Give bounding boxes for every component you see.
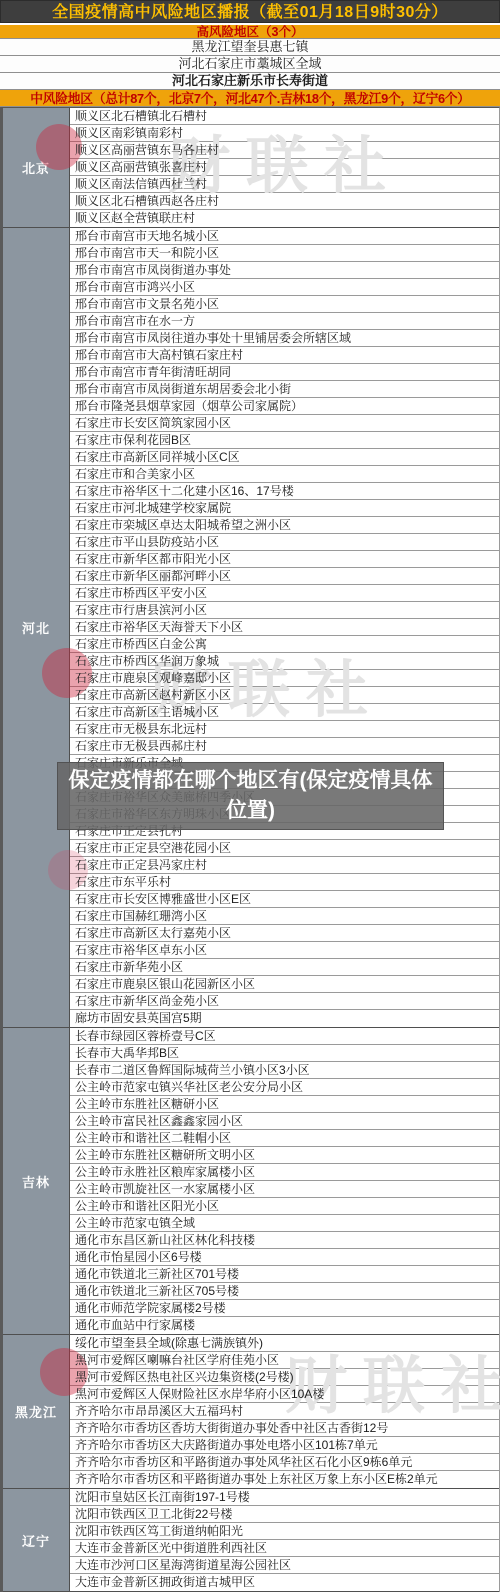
area-name: 石家庄市新华区都市阳光小区 bbox=[75, 552, 231, 566]
overlay-headline: 保定疫情都在哪个地区有(保定疫情具体位置) bbox=[57, 762, 444, 830]
area-row: 邢台市南宫市青年街清旺胡同 bbox=[70, 364, 499, 381]
area-row: 顺义区高丽营镇东马各庄村 bbox=[70, 142, 499, 159]
area-row: 石家庄市裕华区十二化建小区16、17号楼 bbox=[70, 483, 499, 500]
area-row: 石家庄市新华区都市阳光小区 bbox=[70, 551, 499, 568]
area-row: 邢台市南宫市文景名苑小区 bbox=[70, 296, 499, 313]
area-row: 石家庄市鹿泉区银山花园新区小区 bbox=[70, 976, 499, 993]
area-name: 顺义区高丽营镇东马各庄村 bbox=[75, 143, 219, 157]
area-row: 石家庄市长安区博雅盛世小区E区 bbox=[70, 891, 499, 908]
area-row: 大连市金普新区光中街道胜利西社区 bbox=[70, 1540, 499, 1557]
area-row: 通化市铁道北三新社区705号楼 bbox=[70, 1283, 499, 1300]
area-row: 通化市东昌区新山社区林化科技楼 bbox=[70, 1232, 499, 1249]
area-row: 齐齐哈尔市昂昂溪区大五福玛村 bbox=[70, 1403, 499, 1420]
area-row: 公主岭市富民社区鑫鑫家园小区 bbox=[70, 1113, 499, 1130]
province-label: 黑龙江 bbox=[3, 1335, 70, 1488]
province-section: 河北 邢台市南宫市天地名城小区邢台市南宫市天一和院小区邢台市南宫市凤岗街道办事处… bbox=[3, 228, 499, 1028]
mid-risk-header: 中风险地区（总计87个，北京7个，河北47个.吉林18个，黑龙江9个，辽宁6个） bbox=[0, 90, 500, 107]
province-section: 吉林 长春市绿园区蓉桥壹号C区长春市大禹华邦B区长春市二道区鲁辉国际城荷兰小镇小… bbox=[3, 1028, 499, 1335]
area-name: 石家庄市长安区简筑家园小区 bbox=[75, 416, 231, 430]
area-row: 邢台市南宫市凤岗街道东胡居委会北小街 bbox=[70, 381, 499, 398]
province-label: 河北 bbox=[3, 228, 70, 1027]
area-row: 大连市沙河口区星海湾街道星海公园社区 bbox=[70, 1557, 499, 1574]
area-name: 邢台市南宫市凤岗街道东胡居委会北小街 bbox=[75, 382, 291, 396]
area-row: 顺义区南法信镇西杜兰村 bbox=[70, 176, 499, 193]
area-name: 沈阳市铁西区卫工北街22号楼 bbox=[75, 1507, 232, 1521]
area-row: 石家庄市鹿泉区观峰嘉邸小区 bbox=[70, 670, 499, 687]
area-name: 石家庄市鹿泉区观峰嘉邸小区 bbox=[75, 671, 231, 685]
area-name: 沈阳市皇姑区长江南街197-1号楼 bbox=[75, 1490, 250, 1504]
area-row: 通化市师范学院家属楼2号楼 bbox=[70, 1300, 499, 1317]
area-name: 廊坊市固安县英国宫5期 bbox=[75, 1011, 202, 1025]
area-row: 石家庄市无极县东北远村 bbox=[70, 721, 499, 738]
area-name: 石家庄市无极县西郝庄村 bbox=[75, 739, 207, 753]
area-row: 廊坊市固安县英国宫5期 bbox=[70, 1010, 499, 1027]
area-name: 齐齐哈尔市香坊区香坊大街街道办事处香中社区古香街12号 bbox=[75, 1421, 388, 1435]
area-name: 石家庄市国赫红珊湾小区 bbox=[75, 909, 207, 923]
area-name: 通化市铁道北三新社区701号楼 bbox=[75, 1267, 239, 1281]
area-name: 大连市沙河口区星海湾街道星海公园社区 bbox=[75, 1558, 291, 1572]
area-row: 黑河市爱辉区热电社区兴边集资楼(2号楼) bbox=[70, 1369, 499, 1386]
area-name: 邢台市南宫市凤岗往道办事处十里铺居委会所辖区域 bbox=[75, 331, 351, 345]
area-name: 公主岭市凯旋社区一水家属楼小区 bbox=[75, 1182, 255, 1196]
area-row: 石家庄市长安区简筑家园小区 bbox=[70, 415, 499, 432]
high-risk-header: 高风险地区（3个） bbox=[0, 25, 500, 39]
area-name: 石家庄市行唐县滨河小区 bbox=[75, 603, 207, 617]
area-row: 石家庄市高新区赵村新区小区 bbox=[70, 687, 499, 704]
area-row: 沈阳市铁西区笃工街道纳帕阳光 bbox=[70, 1523, 499, 1540]
area-name: 邢台市南宫市大高村镇石家庄村 bbox=[75, 348, 243, 362]
area-name: 石家庄市平山县防疫站小区 bbox=[75, 535, 219, 549]
page-title: 全国疫情高中风险地区播报（截至01月18日9时30分） bbox=[0, 0, 500, 23]
area-row: 石家庄市正定县冯家庄村 bbox=[70, 857, 499, 874]
area-name: 公主岭市范家屯镇兴华社区老公安分局小区 bbox=[75, 1080, 303, 1094]
province-section: 北京 顺义区北石槽镇北石槽村顺义区南彩镇南彩村顺义区高丽营镇东马各庄村顺义区高丽… bbox=[3, 108, 499, 228]
area-row: 石家庄市栾城区卓达太阳城希望之洲小区 bbox=[70, 517, 499, 534]
area-name: 石家庄市长安区博雅盛世小区E区 bbox=[75, 892, 251, 906]
area-name: 顺义区北石槽镇北石槽村 bbox=[75, 109, 207, 123]
province-section: 黑龙江 绥化市望奎县全域(除惠七满族镇外)黑河市爱辉区喇嘛台社区学府佳苑小区黑河… bbox=[3, 1335, 499, 1489]
area-row: 邢台市南宫市凤岗街道办事处 bbox=[70, 262, 499, 279]
area-row: 长春市绿园区蓉桥壹号C区 bbox=[70, 1028, 499, 1045]
area-row: 石家庄市和合美家小区 bbox=[70, 466, 499, 483]
area-row: 公主岭市永胜社区粮库家属楼小区 bbox=[70, 1164, 499, 1181]
area-name: 公主岭市永胜社区粮库家属楼小区 bbox=[75, 1165, 255, 1179]
area-row: 邢台市南宫市凤岗往道办事处十里铺居委会所辖区域 bbox=[70, 330, 499, 347]
area-name: 顺义区北石槽镇西赵各庄村 bbox=[75, 194, 219, 208]
area-name: 黑河市爱辉区喇嘛台社区学府佳苑小区 bbox=[75, 1353, 279, 1367]
area-name: 石家庄市新华区丽都河畔小区 bbox=[75, 569, 231, 583]
area-row: 石家庄市东平乐村 bbox=[70, 874, 499, 891]
area-name: 黑河市爱辉区人保财险社区水岸华府小区10A楼 bbox=[75, 1387, 324, 1401]
area-name: 通化市怡星园小区6号楼 bbox=[75, 1250, 202, 1264]
area-name: 石家庄市正定县空港花园小区 bbox=[75, 841, 231, 855]
area-name: 齐齐哈尔市香坊区和平路街道办事处风华社区石化小区9栋6单元 bbox=[75, 1455, 412, 1469]
area-row: 齐齐哈尔市香坊区香坊大街街道办事处香中社区古香街12号 bbox=[70, 1420, 499, 1437]
area-name: 石家庄市新华区尚金苑小区 bbox=[75, 994, 219, 1008]
area-name: 通化市东昌区新山社区林化科技楼 bbox=[75, 1233, 255, 1247]
area-name: 石家庄市鹿泉区银山花园新区小区 bbox=[75, 977, 255, 991]
area-row: 长春市大禹华邦B区 bbox=[70, 1045, 499, 1062]
area-name: 石家庄市裕华区十二化建小区16、17号楼 bbox=[75, 484, 294, 498]
area-name: 石家庄市和合美家小区 bbox=[75, 467, 195, 481]
province-label: 北京 bbox=[3, 108, 70, 227]
area-row: 公主岭市凯旋社区一水家属楼小区 bbox=[70, 1181, 499, 1198]
province-rows: 顺义区北石槽镇北石槽村顺义区南彩镇南彩村顺义区高丽营镇东马各庄村顺义区高丽营镇张… bbox=[70, 108, 499, 227]
area-row: 邢台市南宫市天地名城小区 bbox=[70, 228, 499, 245]
area-name: 绥化市望奎县全域(除惠七满族镇外) bbox=[75, 1336, 263, 1350]
area-name: 邢台市南宫市在水一方 bbox=[75, 314, 195, 328]
area-row: 顺义区北石槽镇西赵各庄村 bbox=[70, 193, 499, 210]
area-row: 石家庄市裕华区卓东小区 bbox=[70, 942, 499, 959]
area-name: 公主岭市东胜社区糖研小区 bbox=[75, 1097, 219, 1111]
province-rows: 长春市绿园区蓉桥壹号C区长春市大禹华邦B区长春市二道区鲁辉国际城荷兰小镇小区3小… bbox=[70, 1028, 499, 1334]
area-name: 大连市金普新区拥政街道古城甲区 bbox=[75, 1575, 255, 1589]
risk-table: 北京 顺义区北石槽镇北石槽村顺义区南彩镇南彩村顺义区高丽营镇东马各庄村顺义区高丽… bbox=[0, 107, 500, 1592]
area-name: 公主岭市范家屯镇全域 bbox=[75, 1216, 195, 1230]
area-row: 黑河市爱辉区喇嘛台社区学府佳苑小区 bbox=[70, 1352, 499, 1369]
province-section: 辽宁 沈阳市皇姑区长江南街197-1号楼沈阳市铁西区卫工北街22号楼沈阳市铁西区… bbox=[3, 1489, 499, 1592]
area-name: 石家庄市保利花园B区 bbox=[75, 433, 191, 447]
area-row: 石家庄市保利花园B区 bbox=[70, 432, 499, 449]
area-row: 石家庄市行唐县滨河小区 bbox=[70, 602, 499, 619]
area-name: 通化市铁道北三新社区705号楼 bbox=[75, 1284, 239, 1298]
area-name: 石家庄市东平乐村 bbox=[75, 875, 171, 889]
area-row: 石家庄市高新区太行嘉苑小区 bbox=[70, 925, 499, 942]
area-row: 石家庄市无极县西郝庄村 bbox=[70, 738, 499, 755]
area-row: 通化市铁道北三新社区701号楼 bbox=[70, 1266, 499, 1283]
area-name: 石家庄市新华苑小区 bbox=[75, 960, 183, 974]
area-name: 齐齐哈尔市香坊区大庆路街道办事处电塔小区101栋7单元 bbox=[75, 1438, 378, 1452]
area-name: 公主岭市富民社区鑫鑫家园小区 bbox=[75, 1114, 243, 1128]
area-name: 大连市金普新区光中街道胜利西社区 bbox=[75, 1541, 267, 1555]
area-row: 通化市血站中行家属楼 bbox=[70, 1317, 499, 1334]
high-risk-area-row: 河北石家庄市藁城区全域 bbox=[0, 56, 500, 73]
area-row: 公主岭市东胜社区糖研所文明小区 bbox=[70, 1147, 499, 1164]
area-row: 邢台市隆尧县烟草家园（烟草公司家属院） bbox=[70, 398, 499, 415]
area-name: 邢台市南宫市天地名城小区 bbox=[75, 229, 219, 243]
area-row: 齐齐哈尔市香坊区和平路街道办事处风华社区石化小区9栋6单元 bbox=[70, 1454, 499, 1471]
area-name: 石家庄市高新区太行嘉苑小区 bbox=[75, 926, 231, 940]
area-name: 顺义区南法信镇西杜兰村 bbox=[75, 177, 207, 191]
province-label: 辽宁 bbox=[3, 1489, 70, 1591]
area-row: 石家庄市正定县空港花园小区 bbox=[70, 840, 499, 857]
area-row: 邢台市南宫市大高村镇石家庄村 bbox=[70, 347, 499, 364]
area-name: 顺义区南彩镇南彩村 bbox=[75, 126, 183, 140]
area-name: 齐齐哈尔市昂昂溪区大五福玛村 bbox=[75, 1404, 243, 1418]
area-row: 石家庄市高新区主语城小区 bbox=[70, 704, 499, 721]
area-name: 石家庄市高新区赵村新区小区 bbox=[75, 688, 231, 702]
area-name: 长春市绿园区蓉桥壹号C区 bbox=[75, 1029, 216, 1043]
province-rows: 绥化市望奎县全域(除惠七满族镇外)黑河市爱辉区喇嘛台社区学府佳苑小区黑河市爱辉区… bbox=[70, 1335, 499, 1488]
area-row: 石家庄市桥西区白金公寓 bbox=[70, 636, 499, 653]
area-name: 石家庄市栾城区卓达太阳城希望之洲小区 bbox=[75, 518, 291, 532]
area-name: 石家庄市正定县冯家庄村 bbox=[75, 858, 207, 872]
area-row: 邢台市南宫市在水一方 bbox=[70, 313, 499, 330]
area-name: 邢台市南宫市鸿兴小区 bbox=[75, 280, 195, 294]
area-row: 公主岭市范家屯镇兴华社区老公安分局小区 bbox=[70, 1079, 499, 1096]
area-name: 石家庄市河北城建学校家属院 bbox=[75, 501, 231, 515]
area-name: 石家庄市桥西区白金公寓 bbox=[75, 637, 207, 651]
area-name: 公主岭市和谐社区二鞋帽小区 bbox=[75, 1131, 231, 1145]
area-row: 顺义区南彩镇南彩村 bbox=[70, 125, 499, 142]
area-row: 大连市金普新区拥政街道古城甲区 bbox=[70, 1574, 499, 1591]
area-name: 石家庄市桥西区平安小区 bbox=[75, 586, 207, 600]
area-row: 长春市二道区鲁辉国际城荷兰小镇小区3小区 bbox=[70, 1062, 499, 1079]
area-name: 公主岭市和谐社区阳光小区 bbox=[75, 1199, 219, 1213]
area-row: 齐齐哈尔市香坊区大庆路街道办事处电塔小区101栋7单元 bbox=[70, 1437, 499, 1454]
area-row: 齐齐哈尔市香坊区和平路街道办事处上东社区万象上东小区E栋2单元 bbox=[70, 1471, 499, 1488]
area-row: 石家庄市裕华区天海誉天下小区 bbox=[70, 619, 499, 636]
area-name: 通化市血站中行家属楼 bbox=[75, 1318, 195, 1332]
area-row: 通化市怡星园小区6号楼 bbox=[70, 1249, 499, 1266]
area-row: 石家庄市国赫红珊湾小区 bbox=[70, 908, 499, 925]
area-row: 公主岭市范家屯镇全域 bbox=[70, 1215, 499, 1232]
area-row: 沈阳市皇姑区长江南街197-1号楼 bbox=[70, 1489, 499, 1506]
bulletin-page: 全国疫情高中风险地区播报（截至01月18日9时30分） 高风险地区（3个） 黑龙… bbox=[0, 0, 500, 1592]
area-row: 石家庄市新华区丽都河畔小区 bbox=[70, 568, 499, 585]
area-name: 顺义区高丽营镇张喜庄村 bbox=[75, 160, 207, 174]
area-row: 石家庄市新华区尚金苑小区 bbox=[70, 993, 499, 1010]
area-row: 顺义区高丽营镇张喜庄村 bbox=[70, 159, 499, 176]
area-row: 顺义区北石槽镇北石槽村 bbox=[70, 108, 499, 125]
province-rows: 沈阳市皇姑区长江南街197-1号楼沈阳市铁西区卫工北街22号楼沈阳市铁西区笃工街… bbox=[70, 1489, 499, 1591]
area-name: 邢台市南宫市青年街清旺胡同 bbox=[75, 365, 231, 379]
area-name: 石家庄市高新区同祥城小区C区 bbox=[75, 450, 240, 464]
area-name: 公主岭市东胜社区糖研所文明小区 bbox=[75, 1148, 255, 1162]
area-row: 邢台市南宫市鸿兴小区 bbox=[70, 279, 499, 296]
area-name: 邢台市南宫市天一和院小区 bbox=[75, 246, 219, 260]
high-risk-area-row: 河北石家庄新乐市长寿街道 bbox=[0, 73, 500, 90]
area-name: 邢台市南宫市凤岗街道办事处 bbox=[75, 263, 231, 277]
area-row: 绥化市望奎县全域(除惠七满族镇外) bbox=[70, 1335, 499, 1352]
area-name: 长春市大禹华邦B区 bbox=[75, 1046, 179, 1060]
province-rows: 邢台市南宫市天地名城小区邢台市南宫市天一和院小区邢台市南宫市凤岗街道办事处邢台市… bbox=[70, 228, 499, 1027]
high-risk-area-row: 黑龙江望奎县惠七镇 bbox=[0, 39, 500, 56]
province-label: 吉林 bbox=[3, 1028, 70, 1334]
area-name: 通化市师范学院家属楼2号楼 bbox=[75, 1301, 226, 1315]
area-row: 石家庄市桥西区华润万象城 bbox=[70, 653, 499, 670]
area-row: 公主岭市和谐社区阳光小区 bbox=[70, 1198, 499, 1215]
area-name: 邢台市隆尧县烟草家园（烟草公司家属院） bbox=[75, 399, 303, 413]
area-name: 石家庄市桥西区华润万象城 bbox=[75, 654, 219, 668]
area-name: 邢台市南宫市文景名苑小区 bbox=[75, 297, 219, 311]
area-name: 石家庄市无极县东北远村 bbox=[75, 722, 207, 736]
area-row: 顺义区赵全营镇联庄村 bbox=[70, 210, 499, 227]
area-name: 黑河市爱辉区热电社区兴边集资楼(2号楼) bbox=[75, 1370, 294, 1384]
area-row: 石家庄市新华苑小区 bbox=[70, 959, 499, 976]
area-name: 石家庄市裕华区天海誉天下小区 bbox=[75, 620, 243, 634]
area-row: 邢台市南宫市天一和院小区 bbox=[70, 245, 499, 262]
high-risk-list: 黑龙江望奎县惠七镇河北石家庄市藁城区全域河北石家庄新乐市长寿街道 bbox=[0, 39, 500, 90]
area-row: 黑河市爱辉区人保财险社区水岸华府小区10A楼 bbox=[70, 1386, 499, 1403]
area-name: 齐齐哈尔市香坊区和平路街道办事处上东社区万象上东小区E栋2单元 bbox=[75, 1472, 438, 1486]
area-name: 沈阳市铁西区笃工街道纳帕阳光 bbox=[75, 1524, 243, 1538]
area-row: 石家庄市平山县防疫站小区 bbox=[70, 534, 499, 551]
area-name: 石家庄市高新区主语城小区 bbox=[75, 705, 219, 719]
area-row: 沈阳市铁西区卫工北街22号楼 bbox=[70, 1506, 499, 1523]
area-name: 顺义区赵全营镇联庄村 bbox=[75, 211, 195, 225]
area-row: 石家庄市高新区同祥城小区C区 bbox=[70, 449, 499, 466]
area-row: 公主岭市东胜社区糖研小区 bbox=[70, 1096, 499, 1113]
area-name: 石家庄市裕华区卓东小区 bbox=[75, 943, 207, 957]
area-row: 公主岭市和谐社区二鞋帽小区 bbox=[70, 1130, 499, 1147]
area-name: 长春市二道区鲁辉国际城荷兰小镇小区3小区 bbox=[75, 1063, 310, 1077]
area-row: 石家庄市河北城建学校家属院 bbox=[70, 500, 499, 517]
area-row: 石家庄市桥西区平安小区 bbox=[70, 585, 499, 602]
